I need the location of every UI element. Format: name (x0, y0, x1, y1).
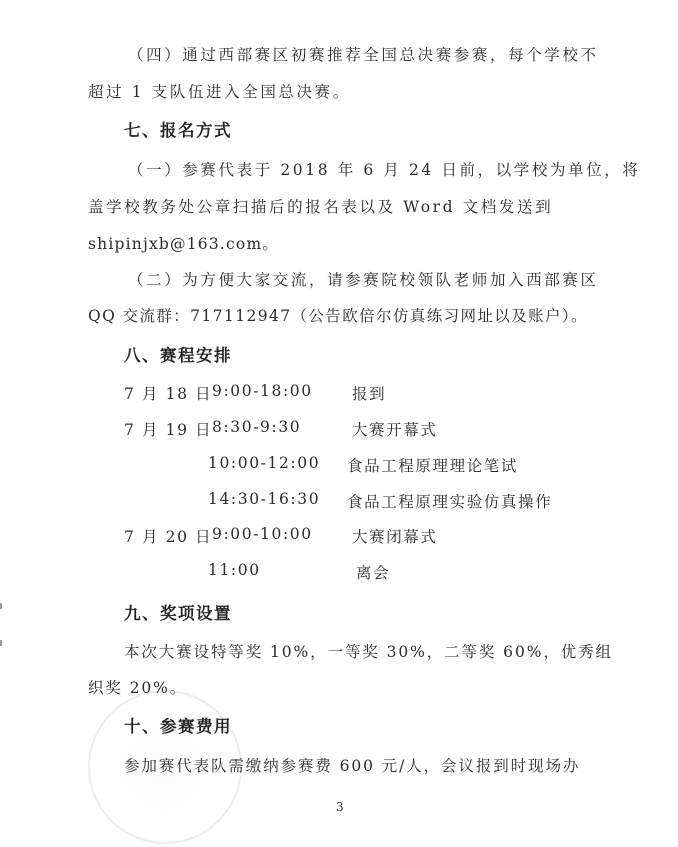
paragraph-line: （一）参赛代表于 2018 年 6 月 24 日前，以学校为单位，将 (128, 158, 641, 180)
schedule-event: 大赛开幕式 (352, 418, 438, 440)
schedule-time: 11:00 (208, 561, 261, 579)
schedule-event: 大赛闭幕式 (352, 525, 438, 547)
schedule-event: 食品工程原理理论笔试 (347, 454, 518, 476)
document-page: （四）通过西部赛区初赛推荐全国总决赛参赛，每个学校不 超过 1 支队伍进入全国总… (0, 0, 678, 847)
paragraph-line: 超过 1 支队伍进入全国总决赛。 (88, 80, 351, 102)
scan-edge-mark (0, 640, 2, 646)
scan-edge-mark (0, 603, 2, 609)
section-heading-registration: 七、报名方式 (124, 117, 232, 141)
paragraph-line: 本次大赛设特等奖 10%，一等奖 30%，二等奖 60%，优秀组 (124, 640, 613, 662)
page-number: 3 (336, 800, 344, 814)
schedule-date: 7 月 19 日 (124, 418, 212, 440)
schedule-date: 7 月 18 日 (124, 382, 212, 404)
schedule-time: 9:00-18:00 (212, 382, 313, 400)
paragraph-line: （四）通过西部赛区初赛推荐全国总决赛参赛，每个学校不 (128, 43, 599, 65)
section-heading-awards: 九、奖项设置 (124, 600, 232, 624)
email-address: shipinjxb@163.com。 (88, 232, 279, 254)
paragraph-line: 织奖 20%。 (88, 676, 187, 698)
schedule-time: 14:30-16:30 (208, 490, 320, 508)
schedule-time: 10:00-12:00 (208, 454, 320, 472)
paragraph-line: （二）为方便大家交流，请参赛院校领队老师加入西部赛区 (128, 268, 599, 290)
schedule-event: 报到 (352, 382, 386, 404)
schedule-time: 8:30-9:30 (212, 418, 301, 436)
schedule-event: 食品工程原理实验仿真操作 (347, 490, 552, 512)
schedule-event: 离会 (356, 561, 390, 583)
paragraph-line: 盖学校教务处公章扫描后的报名表以及 Word 文档发送到 (88, 195, 553, 217)
paragraph-line: QQ 交流群：717112947（公告欧倍尔仿真练习网址以及账户）。 (88, 304, 588, 326)
section-heading-fees: 十、参赛费用 (124, 713, 232, 737)
paragraph-line: 参加赛代表队需缴纳参赛费 600 元/人，会议报到时现场办 (124, 754, 580, 776)
section-heading-schedule: 八、赛程安排 (124, 342, 232, 366)
schedule-date: 7 月 20 日 (124, 525, 212, 547)
schedule-time: 9:00-10:00 (212, 525, 313, 543)
